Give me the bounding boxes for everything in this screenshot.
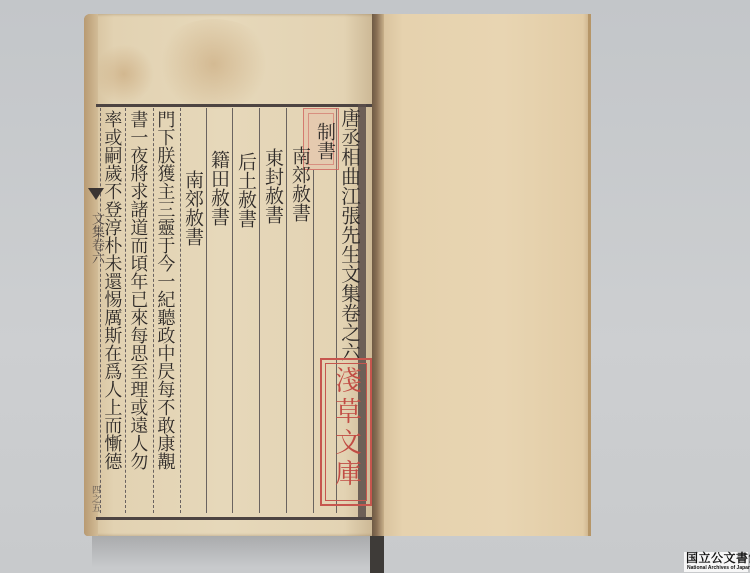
- spine-shadow: [370, 535, 384, 573]
- right-page-edge: [588, 14, 591, 536]
- contents-item: 南郊赦書: [289, 146, 311, 222]
- page-number: 四之五: [89, 485, 102, 512]
- body-text-column: 書一夜將求諸道而頃年已來每思至理或遠人勿: [128, 110, 147, 470]
- watermark-title: 国立公文書館: [686, 552, 750, 565]
- column-rule: [206, 108, 207, 513]
- column-rule: [232, 108, 233, 513]
- book-gutter: [372, 14, 384, 536]
- fishtail-mark: [88, 188, 104, 200]
- archive-watermark: 国立公文書館 National Archives of Japan: [684, 552, 748, 572]
- column-rule: [286, 108, 287, 513]
- column-rule: [125, 108, 126, 513]
- right-page: [383, 14, 591, 536]
- section-heading: 制書: [314, 122, 336, 160]
- contents-item: 東封赦書: [262, 148, 284, 224]
- contents-item: 后土赦書: [235, 152, 257, 228]
- column-rule: [313, 170, 314, 513]
- library-seal: 淺草文庫: [320, 358, 372, 506]
- body-text-column: 率或嗣歲不登淳朴未還惕厲斯在爲人上而慚德: [102, 110, 121, 470]
- column-rule: [259, 108, 260, 513]
- contents-item: 南郊赦書: [182, 170, 204, 246]
- water-stain: [154, 19, 274, 109]
- column-rule: [180, 108, 181, 513]
- water-stain: [94, 44, 154, 104]
- contents-item: 籍田赦書: [208, 150, 230, 226]
- margin-label: 文集卷六: [88, 212, 104, 264]
- watermark-subtitle: National Archives of Japan: [687, 565, 750, 571]
- body-text-column: 門下朕獲主三靈于今一紀聽政中昃每不敢康覯: [155, 110, 174, 470]
- seal-text: 淺草文庫: [330, 366, 360, 490]
- volume-title: 唐丞相曲江張先生文集卷之六: [338, 108, 360, 362]
